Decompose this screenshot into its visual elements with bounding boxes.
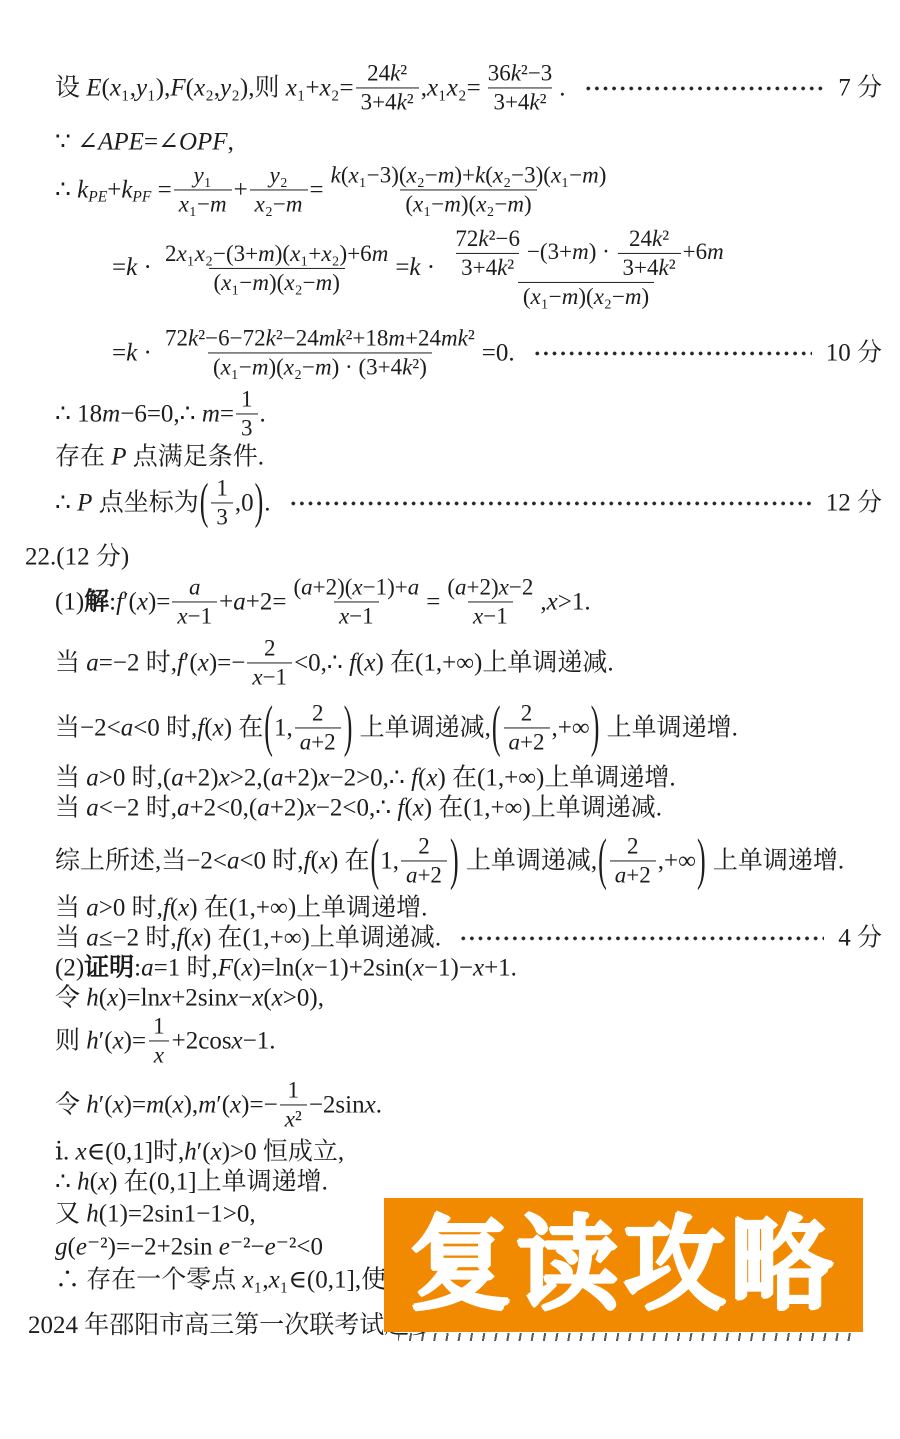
fraction: y₂x₂−m (250, 161, 308, 218)
math-run: 上单调递减, (353, 712, 491, 743)
math-run: ⅰ. x∈(0,1]时,h′(x)>0 恒成立, (55, 1136, 344, 1167)
math-run: 当−2<a<0 时,f(x) 在 (55, 712, 263, 743)
fraction: 2a+2 (295, 699, 341, 756)
line-5: =k · 72k²−6−72k²−24mk²+18m+24mk²(x₁−m)(x… (112, 324, 882, 381)
big-paren: ) (449, 825, 460, 897)
fraction: ax−1 (172, 573, 217, 630)
math-run: 设 E(x₁,y₁),F(x₂,y₂),则 x₁+x₂= (55, 72, 354, 103)
fraction: 72k²−63+4k²−(3+m) · 24k²3+4k²+6m(x₁−m)(x… (443, 225, 728, 311)
math-run: ∴ h(x) 在(0,1]上单调递增. (55, 1166, 328, 1197)
math-run: 存在 P 点满足条件. (55, 441, 264, 472)
math-run: +6m (683, 239, 724, 264)
fraction: (a+2)(x−1)+ax−1 (288, 573, 424, 630)
big-paren: ) (590, 692, 601, 764)
page-footer: 2024 年邵阳市高三第一次联考试题参 (28, 1305, 434, 1341)
math-run: 上单调递增. (600, 712, 738, 743)
fraction: 13 (236, 385, 258, 442)
math-run: g(e⁻²)=−2+2 (55, 1231, 183, 1262)
math-run: ∵ ∠APE=∠OPF, (55, 126, 234, 157)
big-paren: ) (343, 692, 354, 764)
math-run: 当 a>0 时,(a+2)x>2,(a+2)x−2>0,∴ f(x) 在(1,+… (55, 762, 676, 793)
line-9: 22.(12 分) (25, 541, 882, 572)
dotted-leader (584, 86, 825, 90)
fraction: 36k²−33+4k² (483, 59, 558, 116)
math-run: + (234, 174, 248, 205)
math-run: 又 h(1)=2 (55, 1198, 155, 1229)
math-run: 22.(12 分) (25, 541, 129, 572)
fraction: (a+2)x−2x−1 (442, 573, 538, 630)
big-paren: ( (491, 692, 502, 764)
line-2: ∵ ∠APE=∠OPF, (55, 126, 882, 157)
math-run: x−1. (232, 1025, 276, 1056)
math-run: 令 h′(x)=m(x),m′(x)=− (55, 1089, 278, 1120)
math-run: ,0 (235, 487, 254, 518)
math-run: 综上所述,当−2<a<0 时,f(x) 在 (55, 845, 370, 876)
big-paren: ( (199, 472, 210, 534)
math-run: x+2 (160, 982, 198, 1013)
math-run: =k · (395, 252, 441, 283)
fraction: 2a+2 (504, 699, 550, 756)
math-run: 1, (380, 845, 399, 876)
math-run: 上单调递增. (707, 845, 845, 876)
big-paren: ) (254, 472, 265, 534)
line-11: 当 a=−2 时,f′(x)=−2x−1<0,∴ f(x) 在(1,+∞)上单调… (55, 634, 882, 691)
math-run: ,+∞ (552, 712, 590, 743)
math-run: 当 a≤−2 时,f(x) 在(1,+∞)上单调递减. (55, 922, 441, 953)
line-4: =k · 2x₁x₂−(3+m)(x₁+x₂)+6m(x₁−m)(x₂−m)=k… (112, 225, 882, 311)
subscript: PE (88, 173, 107, 207)
math-run: −2 (309, 1089, 336, 1120)
math-run: 当 a<−2 时,a+2<0,(a+2)x−2<0,∴ f(x) 在(1,+∞)… (55, 792, 662, 823)
function-name: sin (375, 952, 404, 983)
line-13: 当 a>0 时,(a+2)x>2,(a+2)x−2>0,∴ f(x) 在(1,+… (55, 762, 882, 793)
fraction: 2x−1 (247, 634, 292, 691)
fraction: 24k²3+4k² (618, 225, 681, 282)
math-run: ∴ k (55, 174, 88, 205)
fraction: y₁x₁−m (174, 161, 232, 218)
bold-label: 证明 (84, 952, 134, 983)
math-run: ,x₁x₂= (421, 72, 481, 103)
big-paren: ( (370, 825, 381, 897)
math-run: 当 a=−2 时,f′(x)=− (55, 647, 245, 678)
math-run: 则 h′(x)= (55, 1025, 146, 1056)
score-label: 7 分 (838, 72, 882, 103)
fraction: 13 (211, 474, 233, 531)
function-name: cos (198, 1025, 231, 1056)
score-label: 4 分 (838, 922, 882, 953)
dotted-leader (533, 351, 812, 355)
math-run: −(3+m) · (527, 239, 616, 264)
math-run: =k · (112, 252, 158, 283)
line-14: 当 a<−2 时,a+2<0,(a+2)x−2<0,∴ f(x) 在(1,+∞)… (55, 792, 882, 823)
line-8: ∴ P 点坐标为(13,0).12 分 (55, 474, 882, 531)
dotted-leader (289, 501, 812, 505)
math-run: = (426, 586, 440, 617)
math-run: x−x(x>0), (227, 982, 324, 1013)
math-run: (2) (55, 952, 84, 983)
line-16: 当 a>0 时,f(x) 在(1,+∞)上单调递增. (55, 892, 882, 923)
line-22: ⅰ. x∈(0,1]时,h′(x)>0 恒成立, (55, 1136, 882, 1167)
math-run: ∴ 存在一个零点 x₁,x₁∈(0,1],使 h (55, 1264, 405, 1295)
line-15: 综上所述,当−2<a<0 时,f(x) 在(1,2a+2) 上单调递减,(2a+… (55, 832, 882, 889)
fraction: 2x₁x₂−(3+m)(x₁+x₂)+6m(x₁−m)(x₂−m) (160, 239, 393, 296)
fraction: 24k²3+4k² (356, 59, 419, 116)
fraction: 72k²−63+4k² (450, 225, 525, 282)
math-run: = (310, 174, 324, 205)
score-label: 10 分 (826, 337, 882, 368)
fraction: 72k²−6−72k²−24mk²+18m+24mk²(x₁−m)(x₂−m) … (160, 324, 480, 381)
big-paren: ) (696, 825, 707, 897)
function-name: ln (141, 982, 160, 1013)
line-7: 存在 P 点满足条件. (55, 441, 882, 472)
math-run: 令 h(x)= (55, 982, 141, 1013)
function-name: sin (335, 1089, 364, 1120)
big-paren: ( (263, 692, 274, 764)
math-run: =k · (112, 337, 158, 368)
math-run: +k (107, 174, 132, 205)
function-name: sin (183, 1231, 212, 1262)
math-run: (1) (55, 586, 84, 617)
math-run: ∴ P 点坐标为 (55, 487, 199, 518)
math-run: +a+2= (219, 586, 286, 617)
line-3: ∴ kPE+kPF =y₁x₁−m+y₂x₂−m=k(x₁−3)(x₂−m)+k… (55, 161, 882, 218)
line-23: ∴ h(x) 在(0,1]上单调递增. (55, 1166, 882, 1197)
math-run: ,x>1. (540, 586, 590, 617)
subscript: PF (132, 173, 151, 207)
line-6: ∴ 18m−6=0,∴ m=13. (55, 385, 882, 442)
exam-answer-page: 设 E(x₁,y₁),F(x₂,y₂),则 x₁+x₂=24k²3+4k²,x₁… (0, 0, 900, 1439)
math-run: = (151, 174, 171, 205)
math-run: 上单调递减, (460, 845, 598, 876)
math-run: (x−1)+2 (294, 952, 375, 983)
line-12: 当−2<a<0 时,f(x) 在(1,2a+2) 上单调递减,(2a+2,+∞)… (55, 699, 882, 756)
function-name: sin (155, 1198, 184, 1229)
math-run: 当 a>0 时,f(x) 在(1,+∞)上单调递增. (55, 892, 427, 923)
math-run: 1−1>0, (184, 1198, 256, 1229)
fraction: 2a+2 (610, 832, 656, 889)
math-run: ∴ 18m−6=0,∴ m= (55, 398, 234, 429)
line-1: 设 E(x₁,y₁),F(x₂,y₂),则 x₁+x₂=24k²3+4k²,x₁… (55, 59, 882, 116)
math-run: . (264, 487, 270, 518)
math-run: x. (365, 1089, 382, 1120)
function-name: ln (275, 952, 294, 983)
dotted-leader (459, 936, 824, 940)
covered-text-fragments (398, 1333, 856, 1341)
math-run: <0,∴ f(x) 在(1,+∞)上单调递减. (294, 647, 614, 678)
math-run: 1, (274, 712, 293, 743)
bold-label: 解 (84, 586, 109, 617)
math-run: :f′(x)= (109, 586, 170, 617)
math-run: :a=1 时,F(x)= (134, 952, 275, 983)
big-paren: ( (597, 825, 608, 897)
math-run: =0. (482, 337, 515, 368)
math-run: +2 (172, 1025, 199, 1056)
math-run: . (260, 398, 266, 429)
overlay-banner: 复读攻略 (384, 1198, 863, 1332)
fraction: 1x² (280, 1076, 307, 1133)
math-run: ,+∞ (658, 845, 696, 876)
line-18: (2)证明:a=1 时,F(x)=ln(x−1)+2sin(x−1)−x+1. (55, 952, 882, 983)
function-name: sin (198, 982, 227, 1013)
math-run: (x−1)−x+1. (405, 952, 517, 983)
math-run: . (559, 72, 565, 103)
fraction: k(x₁−3)(x₂−m)+k(x₂−3)(x₁−m)(x₁−m)(x₂−m) (326, 161, 612, 218)
score-label: 12 分 (826, 487, 882, 518)
fraction: 2a+2 (401, 832, 447, 889)
line-20: 则 h′(x)=1x+2cosx−1. (55, 1012, 882, 1069)
line-10: (1)解:f′(x)=ax−1+a+2=(a+2)(x−1)+ax−1=(a+2… (55, 573, 882, 630)
line-17: 当 a≤−2 时,f(x) 在(1,+∞)上单调递减.4 分 (55, 922, 882, 953)
math-run: e⁻²−e⁻²<0 (212, 1231, 323, 1262)
line-21: 令 h′(x)=m(x),m′(x)=−1x²−2sinx. (55, 1076, 882, 1133)
line-19: 令 h(x)=lnx+2sinx−x(x>0), (55, 982, 882, 1013)
banner-text: 复读攻略 (410, 1214, 838, 1316)
fraction: 1x (148, 1012, 170, 1069)
